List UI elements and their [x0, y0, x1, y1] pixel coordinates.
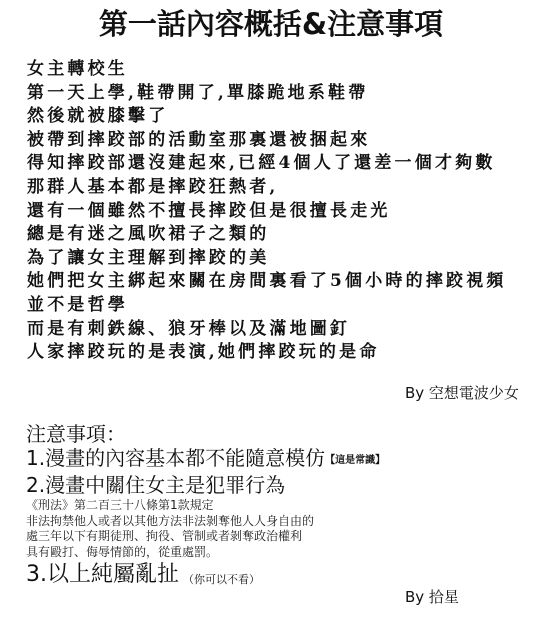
notes-byline: By 拾星: [405, 588, 459, 606]
note-item-1-aside: 【這是常識】: [325, 455, 385, 466]
episode-summary: 女主轉校生 第一天上學,鞋帶開了,單膝跪地系鞋帶 然後就被膝擊了 被帶到摔跤部的…: [27, 58, 537, 365]
page-title: 第一話內容概括&注意事項: [0, 6, 542, 42]
summary-line: 她們把女主綁起來關在房間裏看了5個小時的摔跤視頻: [27, 270, 537, 294]
summary-line: 那群人基本都是摔跤狂熱者,: [27, 176, 537, 200]
note-item-3: 3.以上純屬亂扯（你可以不看）: [26, 562, 536, 593]
note-item-1: 1.漫畫的內容基本都不能隨意模仿【這是常識】: [26, 446, 536, 473]
notes-section: 注意事項： 1.漫畫的內容基本都不能隨意模仿【這是常識】 2.漫畫中關住女主是犯…: [26, 422, 536, 593]
summary-line: 得知摔跤部還沒建起來,已經4個人了還差一個才夠數: [27, 152, 537, 176]
summary-line: 而是有刺鉄線、狼牙棒以及滿地圖釘: [27, 318, 537, 342]
summary-line: 為了讓女主理解到摔跤的美: [27, 247, 537, 271]
note-item-1-text: 1.漫畫的內容基本都不能隨意模仿: [26, 446, 325, 470]
summary-byline: By 空想電波少女: [405, 384, 519, 402]
summary-line: 人家摔跤玩的是表演,她們摔跤玩的是命: [27, 341, 537, 365]
summary-line: 還有一個雖然不擅長摔跤但是很擅長走光: [27, 200, 537, 224]
summary-line: 並不是哲學: [27, 294, 537, 318]
summary-line: 第一天上學,鞋帶開了,單膝跪地系鞋帶: [27, 82, 537, 106]
summary-line: 女主轉校生: [27, 58, 537, 82]
law-line: 處三年以下有期徒刑、拘役、管制或者剝奪政治權利: [26, 529, 536, 545]
summary-line: 總是有迷之風吹裙子之類的: [27, 223, 537, 247]
law-line: 非法拘禁他人或者以其他方法非法剝奪他人人身自由的: [26, 514, 536, 530]
summary-line: 然後就被膝擊了: [27, 105, 537, 129]
law-citation: 《刑法》第二百三十八條第1款規定 非法拘禁他人或者以其他方法非法剝奪他人人身自由…: [26, 498, 536, 560]
summary-line: 被帶到摔跤部的活動室那裏還被捆起來: [27, 129, 537, 153]
note-item-2: 2.漫畫中關住女主是犯罪行為: [26, 473, 536, 497]
notes-heading: 注意事項：: [26, 422, 536, 446]
law-line: 《刑法》第二百三十八條第1款規定: [26, 498, 536, 514]
note-item-3-text: 3.以上純屬亂扯: [26, 562, 179, 587]
law-line: 具有毆打、侮辱情節的，從重處罰。: [26, 545, 536, 561]
note-item-2-text: 2.漫畫中關住女主是犯罪行為: [26, 473, 285, 497]
note-item-3-aside: （你可以不看）: [183, 573, 260, 586]
